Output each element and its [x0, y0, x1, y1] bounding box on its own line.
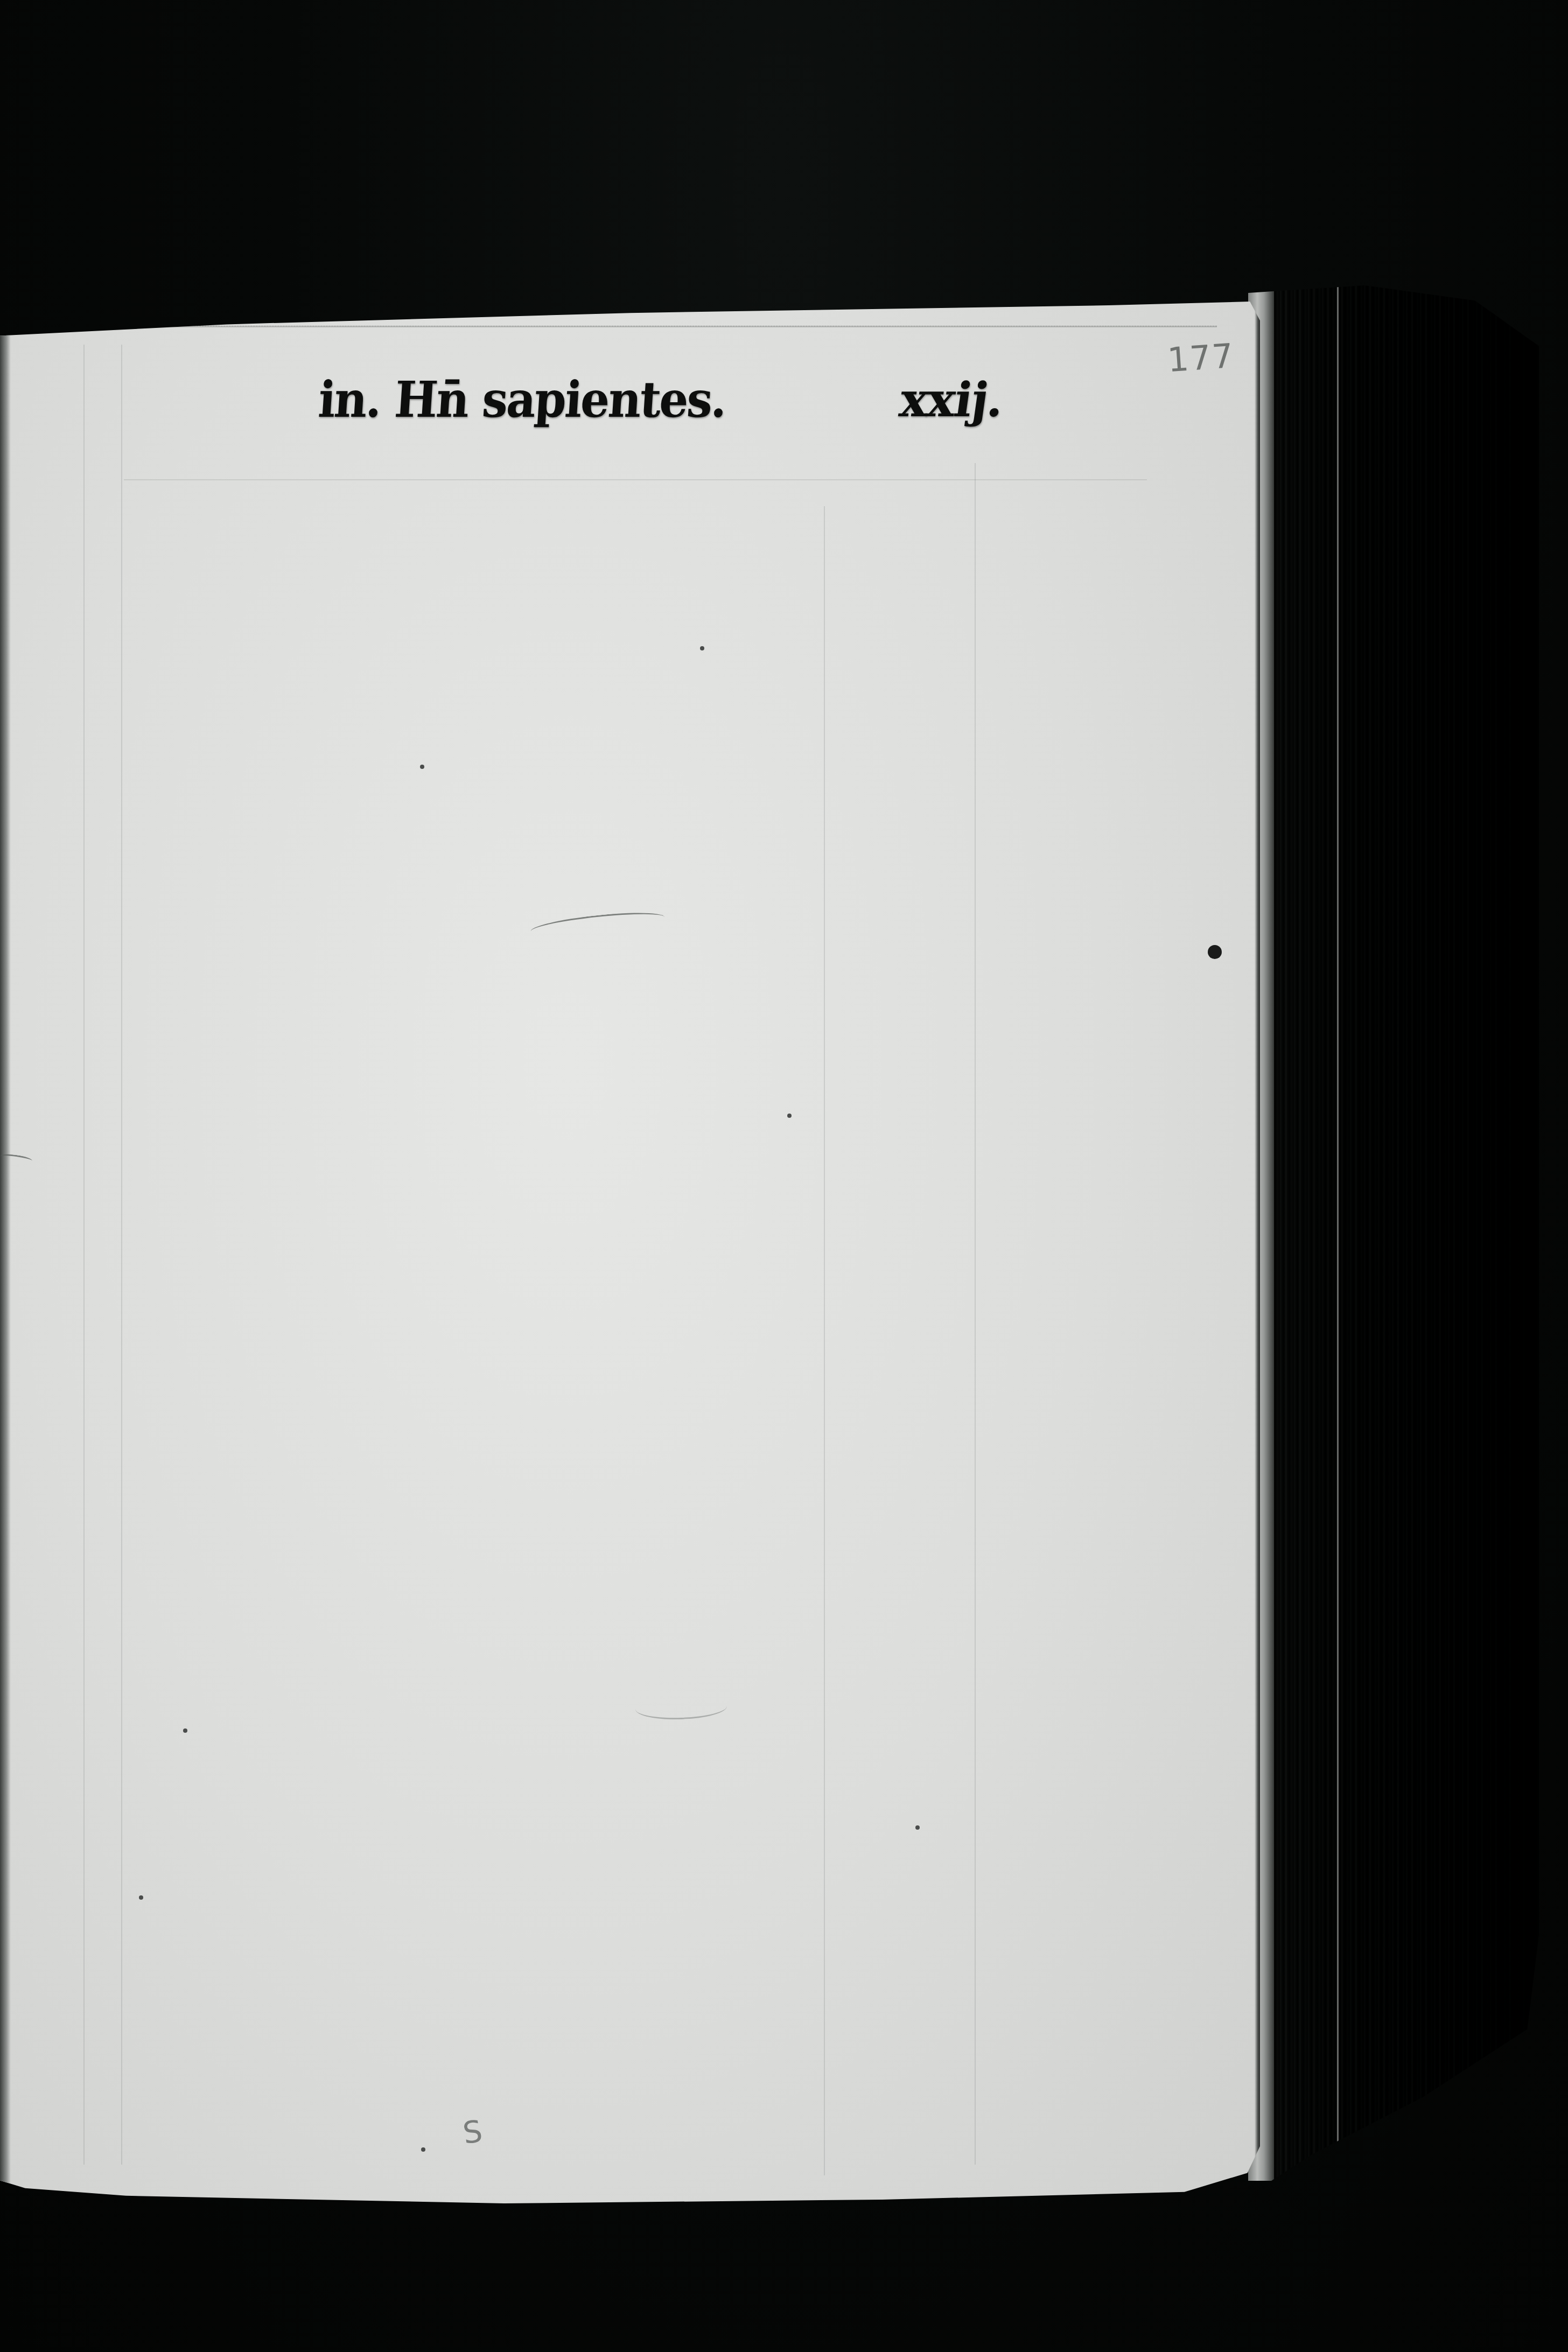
- speck: [139, 1895, 143, 1900]
- folio-number-roman: xxij.: [897, 372, 1007, 428]
- ruling-line-column-left: [824, 506, 825, 2175]
- speck: [915, 1825, 920, 1830]
- manuscript-leaf: [0, 302, 1260, 2203]
- ruling-line-top: [86, 326, 1217, 327]
- ruling-line-left-outer: [83, 345, 85, 2165]
- running-header: in. Hn̄ sapientes.: [317, 370, 727, 429]
- ruling-line-left-inner: [121, 345, 122, 2165]
- book-fore-edge: [1248, 285, 1539, 2181]
- ink-spot: [1208, 945, 1222, 959]
- speck: [420, 765, 424, 769]
- speck: [183, 1728, 187, 1733]
- pencil-foliation-number: 177: [1166, 336, 1236, 380]
- speck: [700, 646, 704, 650]
- ruling-line-header: [124, 479, 1147, 480]
- ruling-line-column-right: [975, 463, 976, 2165]
- speck: [421, 2147, 425, 2152]
- speck: [787, 1114, 792, 1118]
